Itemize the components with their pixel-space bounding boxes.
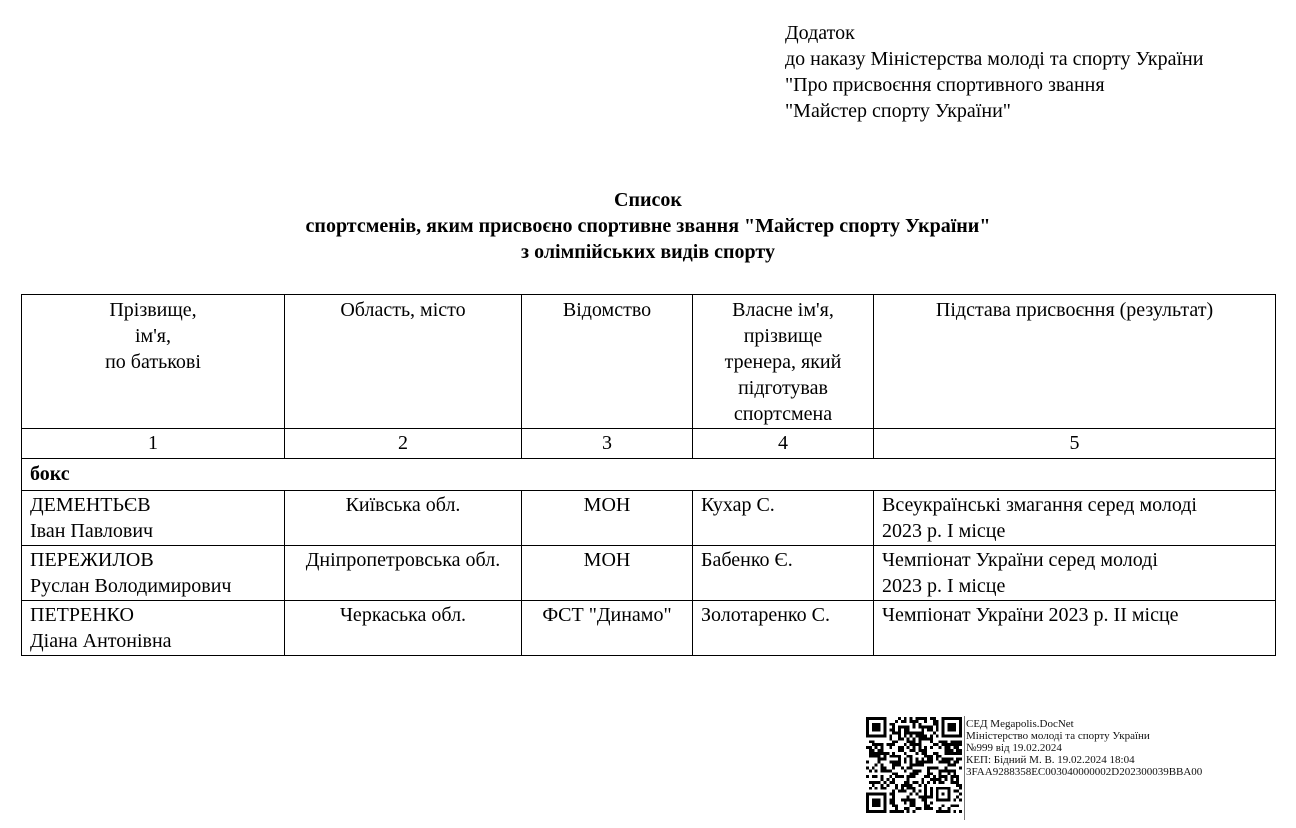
athlete-name-cell: ДЕМЕНТЬЄВ Іван Павлович (22, 491, 285, 546)
stamp-text: СЕД Megapolis.DocNet Міністерство молоді… (966, 718, 1202, 778)
basis-line: Всеукраїнські змагання серед молоді (882, 492, 1267, 518)
header-text: Відомство (530, 297, 684, 323)
header-name: Прізвище, ім'я, по батькові (22, 295, 285, 429)
athlete-given-name: Руслан Володимирович (30, 573, 276, 599)
header-basis: Підстава присвоєння (результат) (874, 295, 1276, 429)
header-department: Відомство (522, 295, 693, 429)
table-header-row: Прізвище, ім'я, по батькові Область, міс… (22, 295, 1276, 429)
basis-line: Чемпіонат України 2023 р. ІІ місце (882, 602, 1267, 628)
region-cell: Черкаська обл. (285, 601, 522, 656)
column-number: 2 (285, 429, 522, 459)
department-cell: МОН (522, 546, 693, 601)
stamp-line: КЕП: Бідний М. В. 19.02.2024 18:04 (966, 754, 1202, 766)
stamp-line: 3FAA9288358EC003040000002D202300039BBA00 (966, 766, 1202, 778)
header-text: спортсмена (701, 401, 865, 427)
title-line: Список (0, 187, 1296, 213)
basis-cell: Чемпіонат України серед молоді 2023 р. І… (874, 546, 1276, 601)
athlete-surname: ПЕРЕЖИЛОВ (30, 547, 276, 573)
basis-cell: Чемпіонат України 2023 р. ІІ місце (874, 601, 1276, 656)
sport-section-row: бокс (22, 459, 1276, 491)
column-number: 1 (22, 429, 285, 459)
athlete-given-name: Діана Антонівна (30, 628, 276, 654)
department-cell: МОН (522, 491, 693, 546)
appendix-line: Додаток (785, 20, 1203, 46)
athlete-surname: ДЕМЕНТЬЄВ (30, 492, 276, 518)
appendix-line: до наказу Міністерства молоді та спорту … (785, 46, 1203, 72)
department-cell: ФСТ "Динамо" (522, 601, 693, 656)
column-number: 5 (874, 429, 1276, 459)
region-cell: Київська обл. (285, 491, 522, 546)
basis-line: Чемпіонат України серед молоді (882, 547, 1267, 573)
basis-line: 2023 р. І місце (882, 573, 1267, 599)
header-text: прізвище (701, 323, 865, 349)
header-region: Область, місто (285, 295, 522, 429)
athlete-name-cell: ПЕРЕЖИЛОВ Руслан Володимирович (22, 546, 285, 601)
header-text: Прізвище, (30, 297, 276, 323)
stamp-line: Міністерство молоді та спорту України (966, 730, 1202, 742)
title-line: з олімпійських видів спорту (0, 239, 1296, 265)
table-row: ПЕРЕЖИЛОВ Руслан Володимирович Дніпропет… (22, 546, 1276, 601)
header-text: ім'я, (30, 323, 276, 349)
header-text: тренера, який (701, 349, 865, 375)
coach-cell: Бабенко Є. (693, 546, 874, 601)
appendix-line: "Про присвоєння спортивного звання (785, 72, 1203, 98)
qr-code-icon (866, 717, 962, 813)
stamp-line: №999 від 19.02.2024 (966, 742, 1202, 754)
stamp-divider (964, 716, 965, 820)
region-cell: Дніпропетровська обл. (285, 546, 522, 601)
athlete-given-name: Іван Павлович (30, 518, 276, 544)
header-text: підготував (701, 375, 865, 401)
appendix-header: Додаток до наказу Міністерства молоді та… (785, 20, 1203, 124)
coach-cell: Золотаренко С. (693, 601, 874, 656)
basis-line: 2023 р. І місце (882, 518, 1267, 544)
table-row: ПЕТРЕНКО Діана Антонівна Черкаська обл. … (22, 601, 1276, 656)
column-number-row: 1 2 3 4 5 (22, 429, 1276, 459)
header-text: Власне ім'я, (701, 297, 865, 323)
header-text: по батькові (30, 349, 276, 375)
header-text: Область, місто (293, 297, 513, 323)
title-line: спортсменів, яким присвоєно спортивне зв… (0, 213, 1296, 239)
header-coach: Власне ім'я, прізвище тренера, який підг… (693, 295, 874, 429)
document-title: Список спортсменів, яким присвоєно спорт… (0, 187, 1296, 265)
table-row: ДЕМЕНТЬЄВ Іван Павлович Київська обл. МО… (22, 491, 1276, 546)
athlete-surname: ПЕТРЕНКО (30, 602, 276, 628)
athletes-table: Прізвище, ім'я, по батькові Область, міс… (21, 294, 1276, 656)
athlete-name-cell: ПЕТРЕНКО Діана Антонівна (22, 601, 285, 656)
stamp-line: СЕД Megapolis.DocNet (966, 718, 1202, 730)
column-number: 4 (693, 429, 874, 459)
appendix-line: "Майстер спорту України" (785, 98, 1203, 124)
coach-cell: Кухар С. (693, 491, 874, 546)
column-number: 3 (522, 429, 693, 459)
header-text: Підстава присвоєння (результат) (882, 297, 1267, 323)
sport-name: бокс (22, 459, 1276, 491)
basis-cell: Всеукраїнські змагання серед молоді 2023… (874, 491, 1276, 546)
